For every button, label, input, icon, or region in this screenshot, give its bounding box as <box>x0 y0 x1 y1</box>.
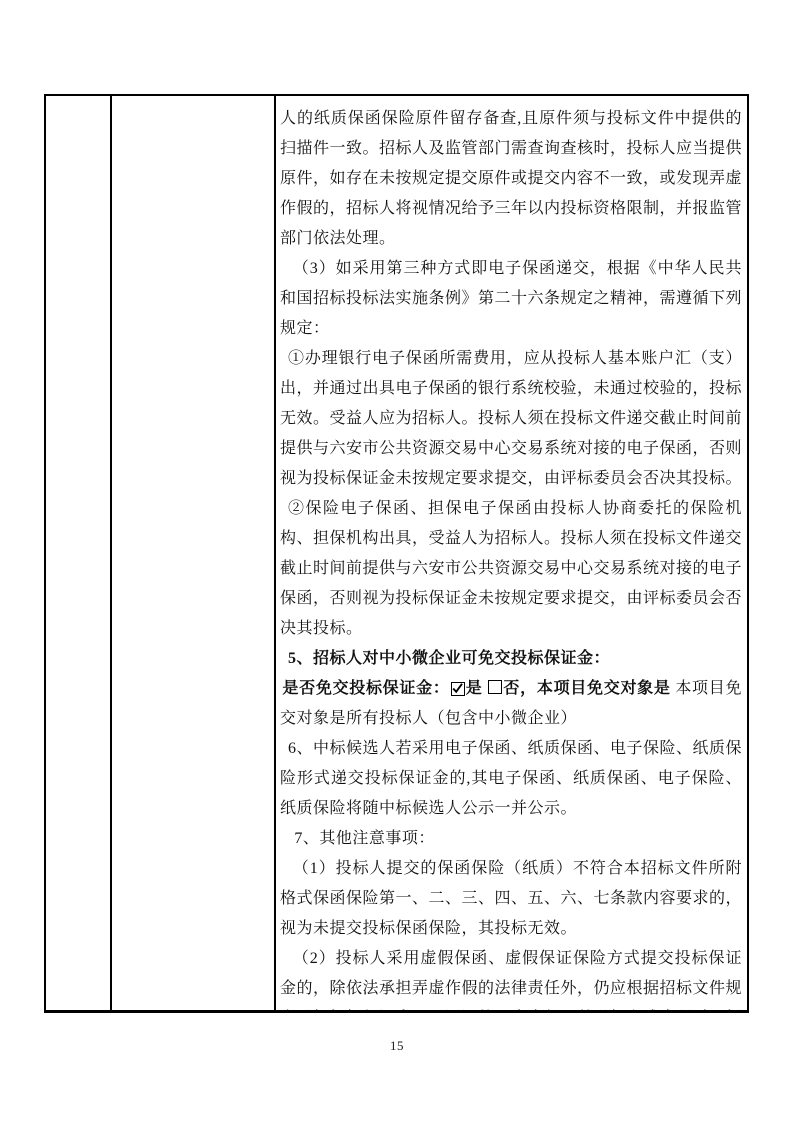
paragraph-item6-publicity: 6、中标候选人若采用电子保函、纸质保函、电子保险、纸质保险形式递交投标保证金的,… <box>280 734 742 824</box>
paragraph-rule1-bank-eguarantee: ①办理银行电子保函所需费用，应从投标人基本账户汇（支）出，并通过出具电子保函的银… <box>280 344 742 494</box>
paragraph-item5-heading: 5、招标人对中小微企业可免交投标保证金： <box>280 644 742 674</box>
paragraph-guarantee-original-retention: 人的纸质保函保险原件留存备查,且原件须与投标文件中提供的扫描件一致。招标人及监管… <box>280 104 742 254</box>
document-page: 人的纸质保函保险原件留存备查,且原件须与投标文件中提供的扫描件一致。招标人及监管… <box>0 0 794 1122</box>
paragraph-rule2-insurance-eguarantee: ②保险电子保函、担保电子保函由投标人协商委托的保险机构、担保机构出具，受益人为招… <box>280 494 742 644</box>
document-table: 人的纸质保函保险原件留存备查,且原件须与投标文件中提供的扫描件一致。招标人及监管… <box>44 94 749 1013</box>
paragraph-note2-false-guarantee: （2）投标人采用虚假保函、虚假保证保险方式提交投标保证金的，除依法承担弄虚作假的… <box>280 944 742 1010</box>
page-number: 15 <box>0 1038 794 1054</box>
checked-checkbox-icon[interactable] <box>451 682 465 696</box>
paragraph-item7-heading: 7、其他注意事项： <box>280 824 742 854</box>
unchecked-checkbox-icon[interactable] <box>488 680 502 694</box>
paragraph-waiver-checkbox-line: 是否免交投标保证金：是 否，本项目免交对象是 本项目免交对象是所有投标人（包含中… <box>280 674 742 734</box>
waiver-question-label: 是否免交投标保证金： <box>282 680 449 697</box>
paragraph-method3-electronic-guarantee: （3）如采用第三种方式即电子保函递交，根据《中华人民共和国招标投标法实施条例》第… <box>280 254 742 344</box>
table-cell-left <box>46 96 112 1010</box>
waiver-option-no-label: 否，本项目免交对象是 <box>503 680 670 697</box>
table-cell-content: 人的纸质保函保险原件留存备查,且原件须与投标文件中提供的扫描件一致。招标人及监管… <box>276 96 747 1010</box>
table-cell-middle <box>112 96 276 1010</box>
waiver-option-yes-label: 是 <box>466 680 483 697</box>
paragraph-note1-nonconforming-guarantee: （1）投标人提交的保函保险（纸质）不符合本招标文件所附格式保函保险第一、二、三、… <box>280 854 742 944</box>
